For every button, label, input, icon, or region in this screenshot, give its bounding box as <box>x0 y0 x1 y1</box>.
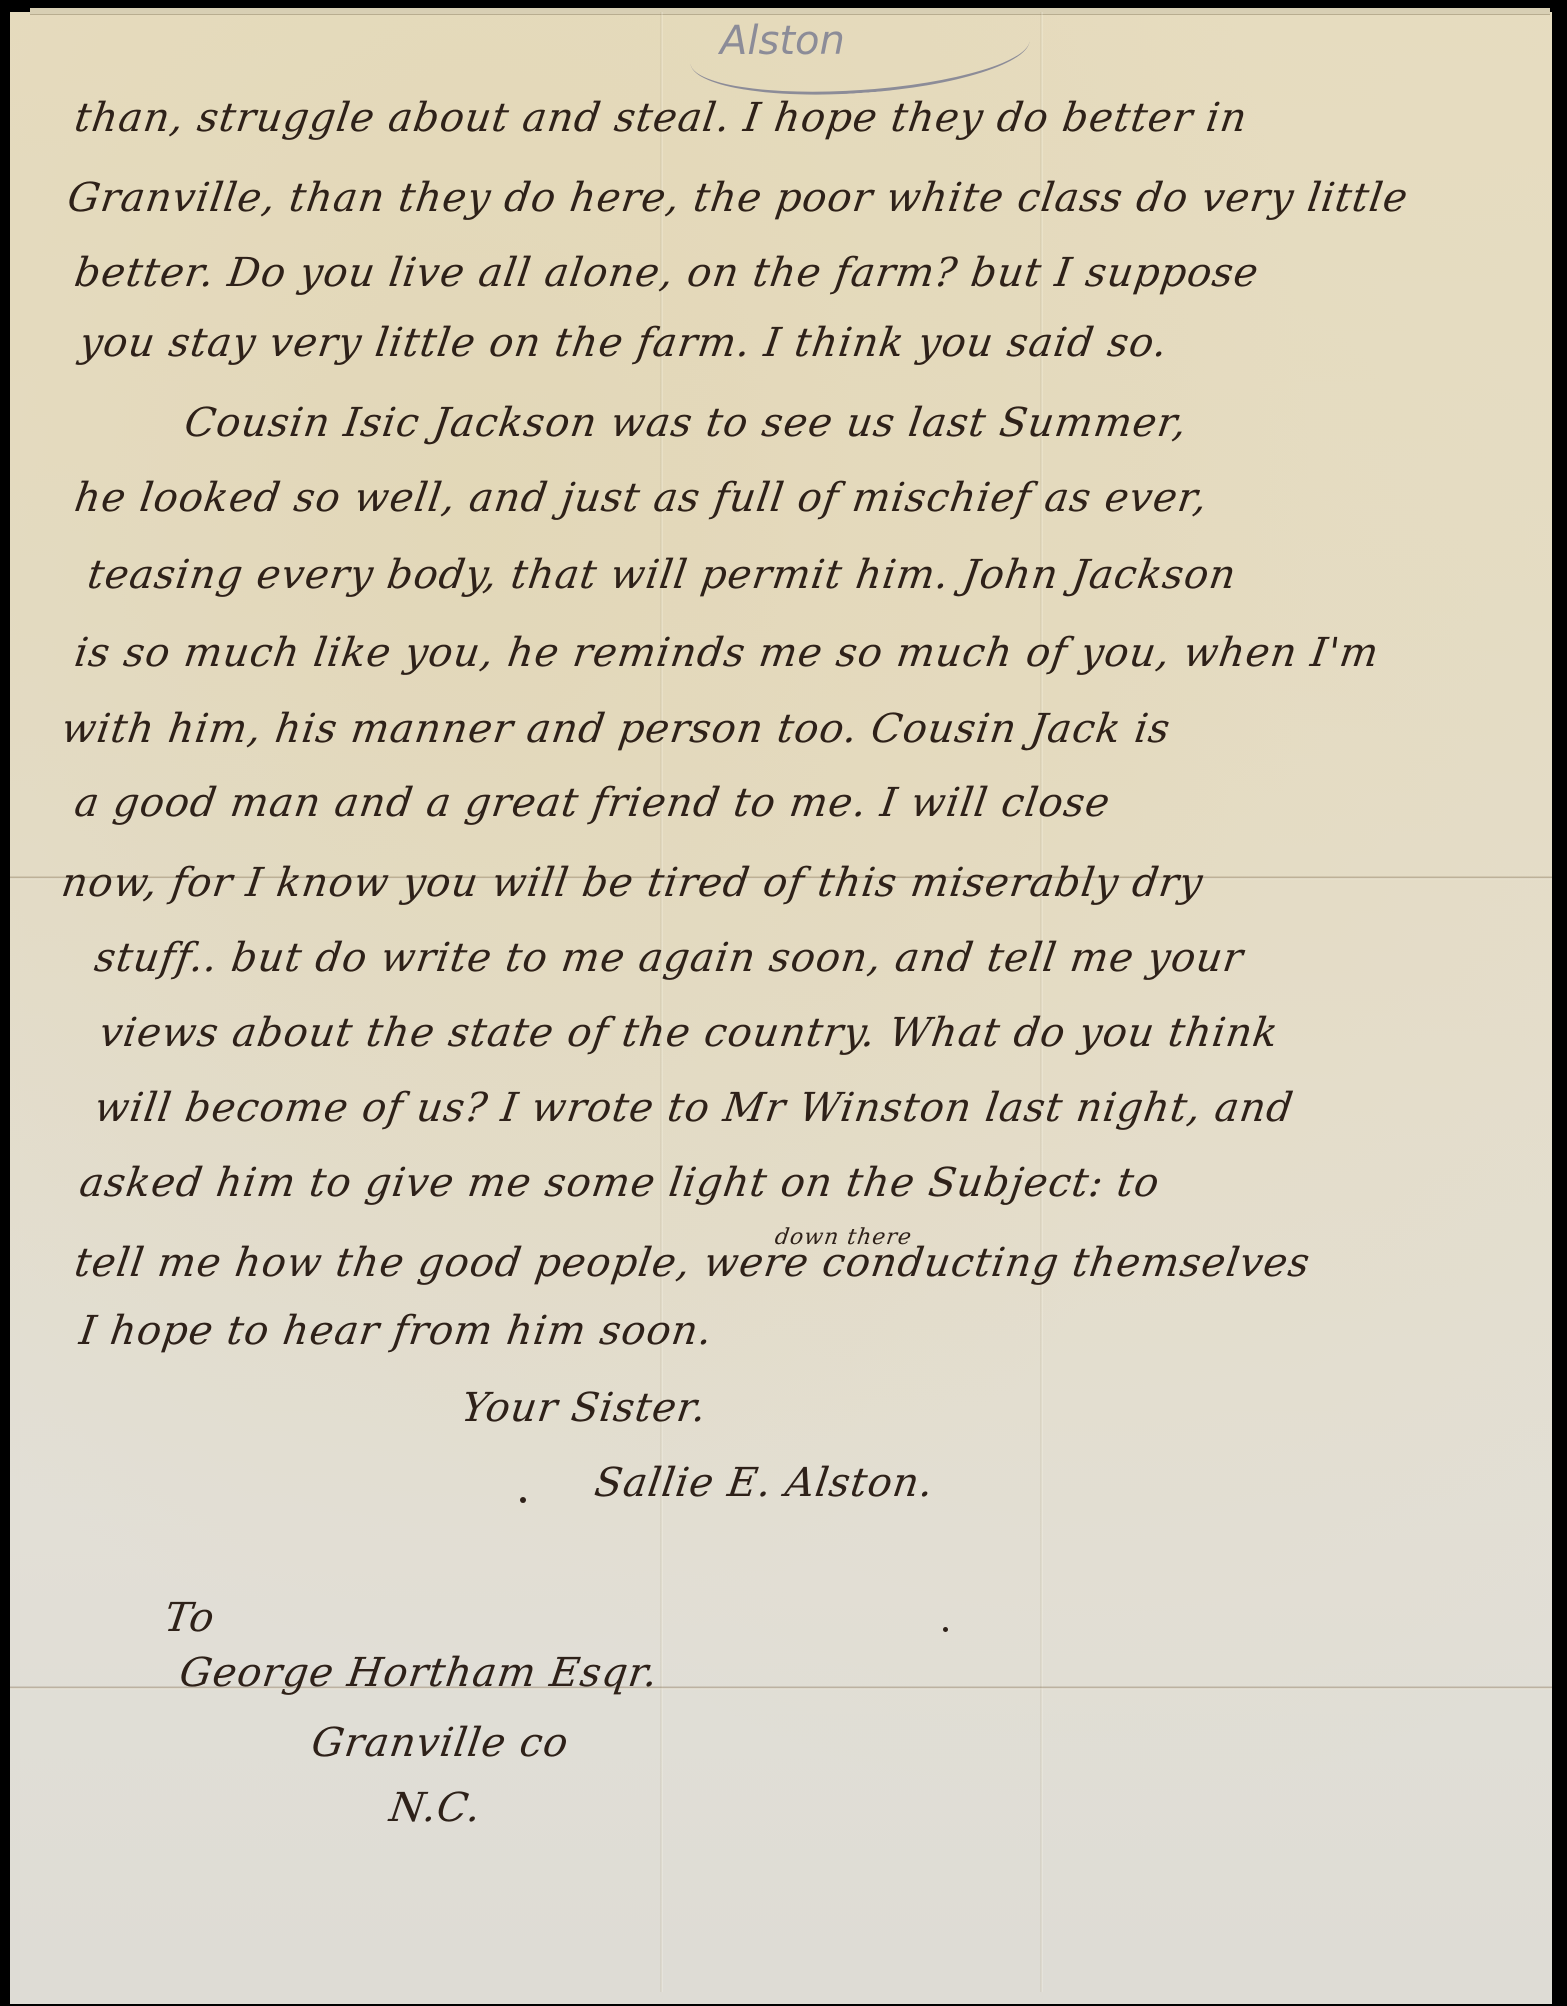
letter-line: teasing every body, that will permit him… <box>85 552 1240 598</box>
letter-line: than, struggle about and steal. I hope t… <box>72 95 1251 141</box>
ink-dot <box>943 1627 948 1632</box>
letter-line: will become of us? I wrote to Mr Winston… <box>92 1085 1297 1131</box>
letter-line: Cousin Isic Jackson was to see us last S… <box>182 400 1190 446</box>
archival-pencil-note: Alston <box>720 18 1020 78</box>
address-to-label: To <box>162 1595 218 1641</box>
letter-line: I hope to hear from him soon. <box>77 1308 716 1354</box>
letter-line: with him, his manner and person too. Cou… <box>59 706 1174 752</box>
letter-closing: Your Sister. <box>459 1385 710 1431</box>
letter-line: tell me how the good people, were conduc… <box>72 1240 1313 1286</box>
letter-line: stuff.. but do write to me again soon, a… <box>92 935 1247 981</box>
letter-line: you stay very little on the farm. I thin… <box>77 320 1171 366</box>
letter-line: asked him to give me some light on the S… <box>77 1160 1163 1206</box>
signature: Sallie E. Alston. <box>592 1460 937 1506</box>
ink-dot <box>520 1497 526 1503</box>
letter-page <box>10 12 1552 2004</box>
letter-line: is so much like you, he reminds me so mu… <box>72 630 1382 676</box>
letter-line: a good man and a great friend to me. I w… <box>72 780 1114 826</box>
letter-line: Granville, than they do here, the poor w… <box>65 175 1411 221</box>
address-recipient: George Hortham Esqr. <box>177 1650 661 1696</box>
letter-line: he looked so well, and just as full of m… <box>72 475 1211 521</box>
letter-line: better. Do you live all alone, on the fa… <box>72 250 1262 296</box>
letter-line: views about the state of the country. Wh… <box>97 1010 1282 1056</box>
address-county: Granville co <box>309 1720 572 1766</box>
fold-line-vertical-left <box>660 12 663 1992</box>
letter-line: now, for I know you will be tired of thi… <box>59 860 1206 906</box>
address-state: N.C. <box>387 1785 485 1831</box>
fold-line-vertical-right <box>1040 12 1043 1992</box>
